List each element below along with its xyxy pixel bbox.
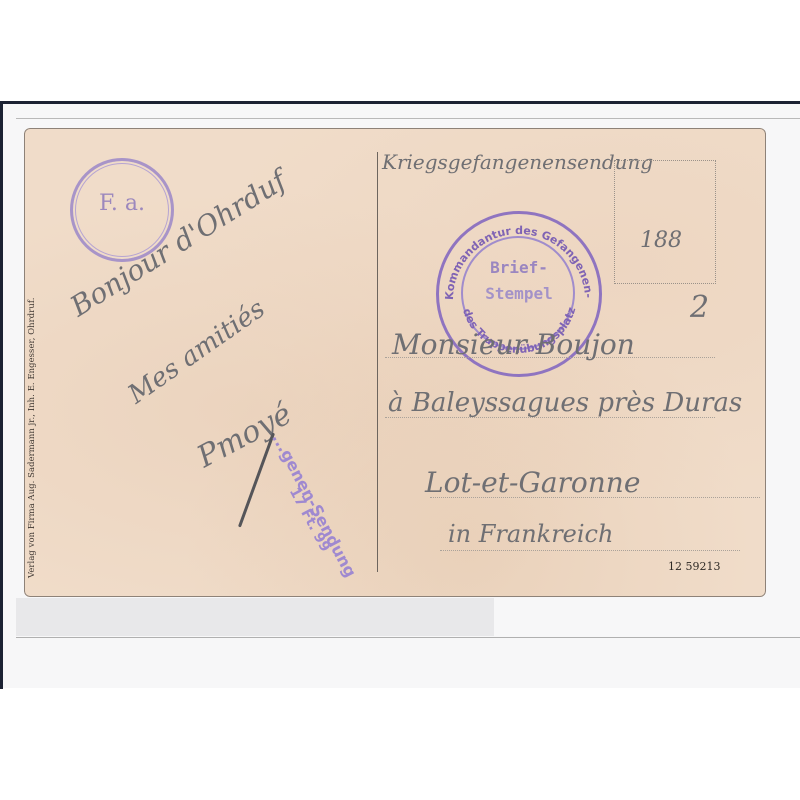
address-line-rule-4 [440,550,740,551]
round-stamp-line-2: Stempel [439,284,599,303]
stamp-box-note: 188 [640,228,682,253]
sleeve-crease-bottom [16,637,800,638]
sleeve-shadow [16,598,494,636]
stamp-fa-text: F. a. [73,191,171,216]
round-stamp-line-1: Brief- [439,258,599,277]
address-line-1: Monsieur Boujon [392,328,635,361]
number-mark: 2 [690,290,709,325]
address-divider [377,152,378,572]
address-line-3: Lot-et-Garonne [425,466,640,499]
stamp-box [614,160,716,284]
address-line-2: à Baleyssagues près Duras [388,388,742,418]
sleeve-crease-top [16,118,800,119]
publisher-imprint: Verlag von Firma Aug. Sadermann jr., Inh… [26,297,36,578]
serial-number: 12 59213 [668,560,721,573]
address-line-4: in Frankreich [448,520,613,548]
handwritten-title: Kriegsgefangenensendung [382,150,653,174]
